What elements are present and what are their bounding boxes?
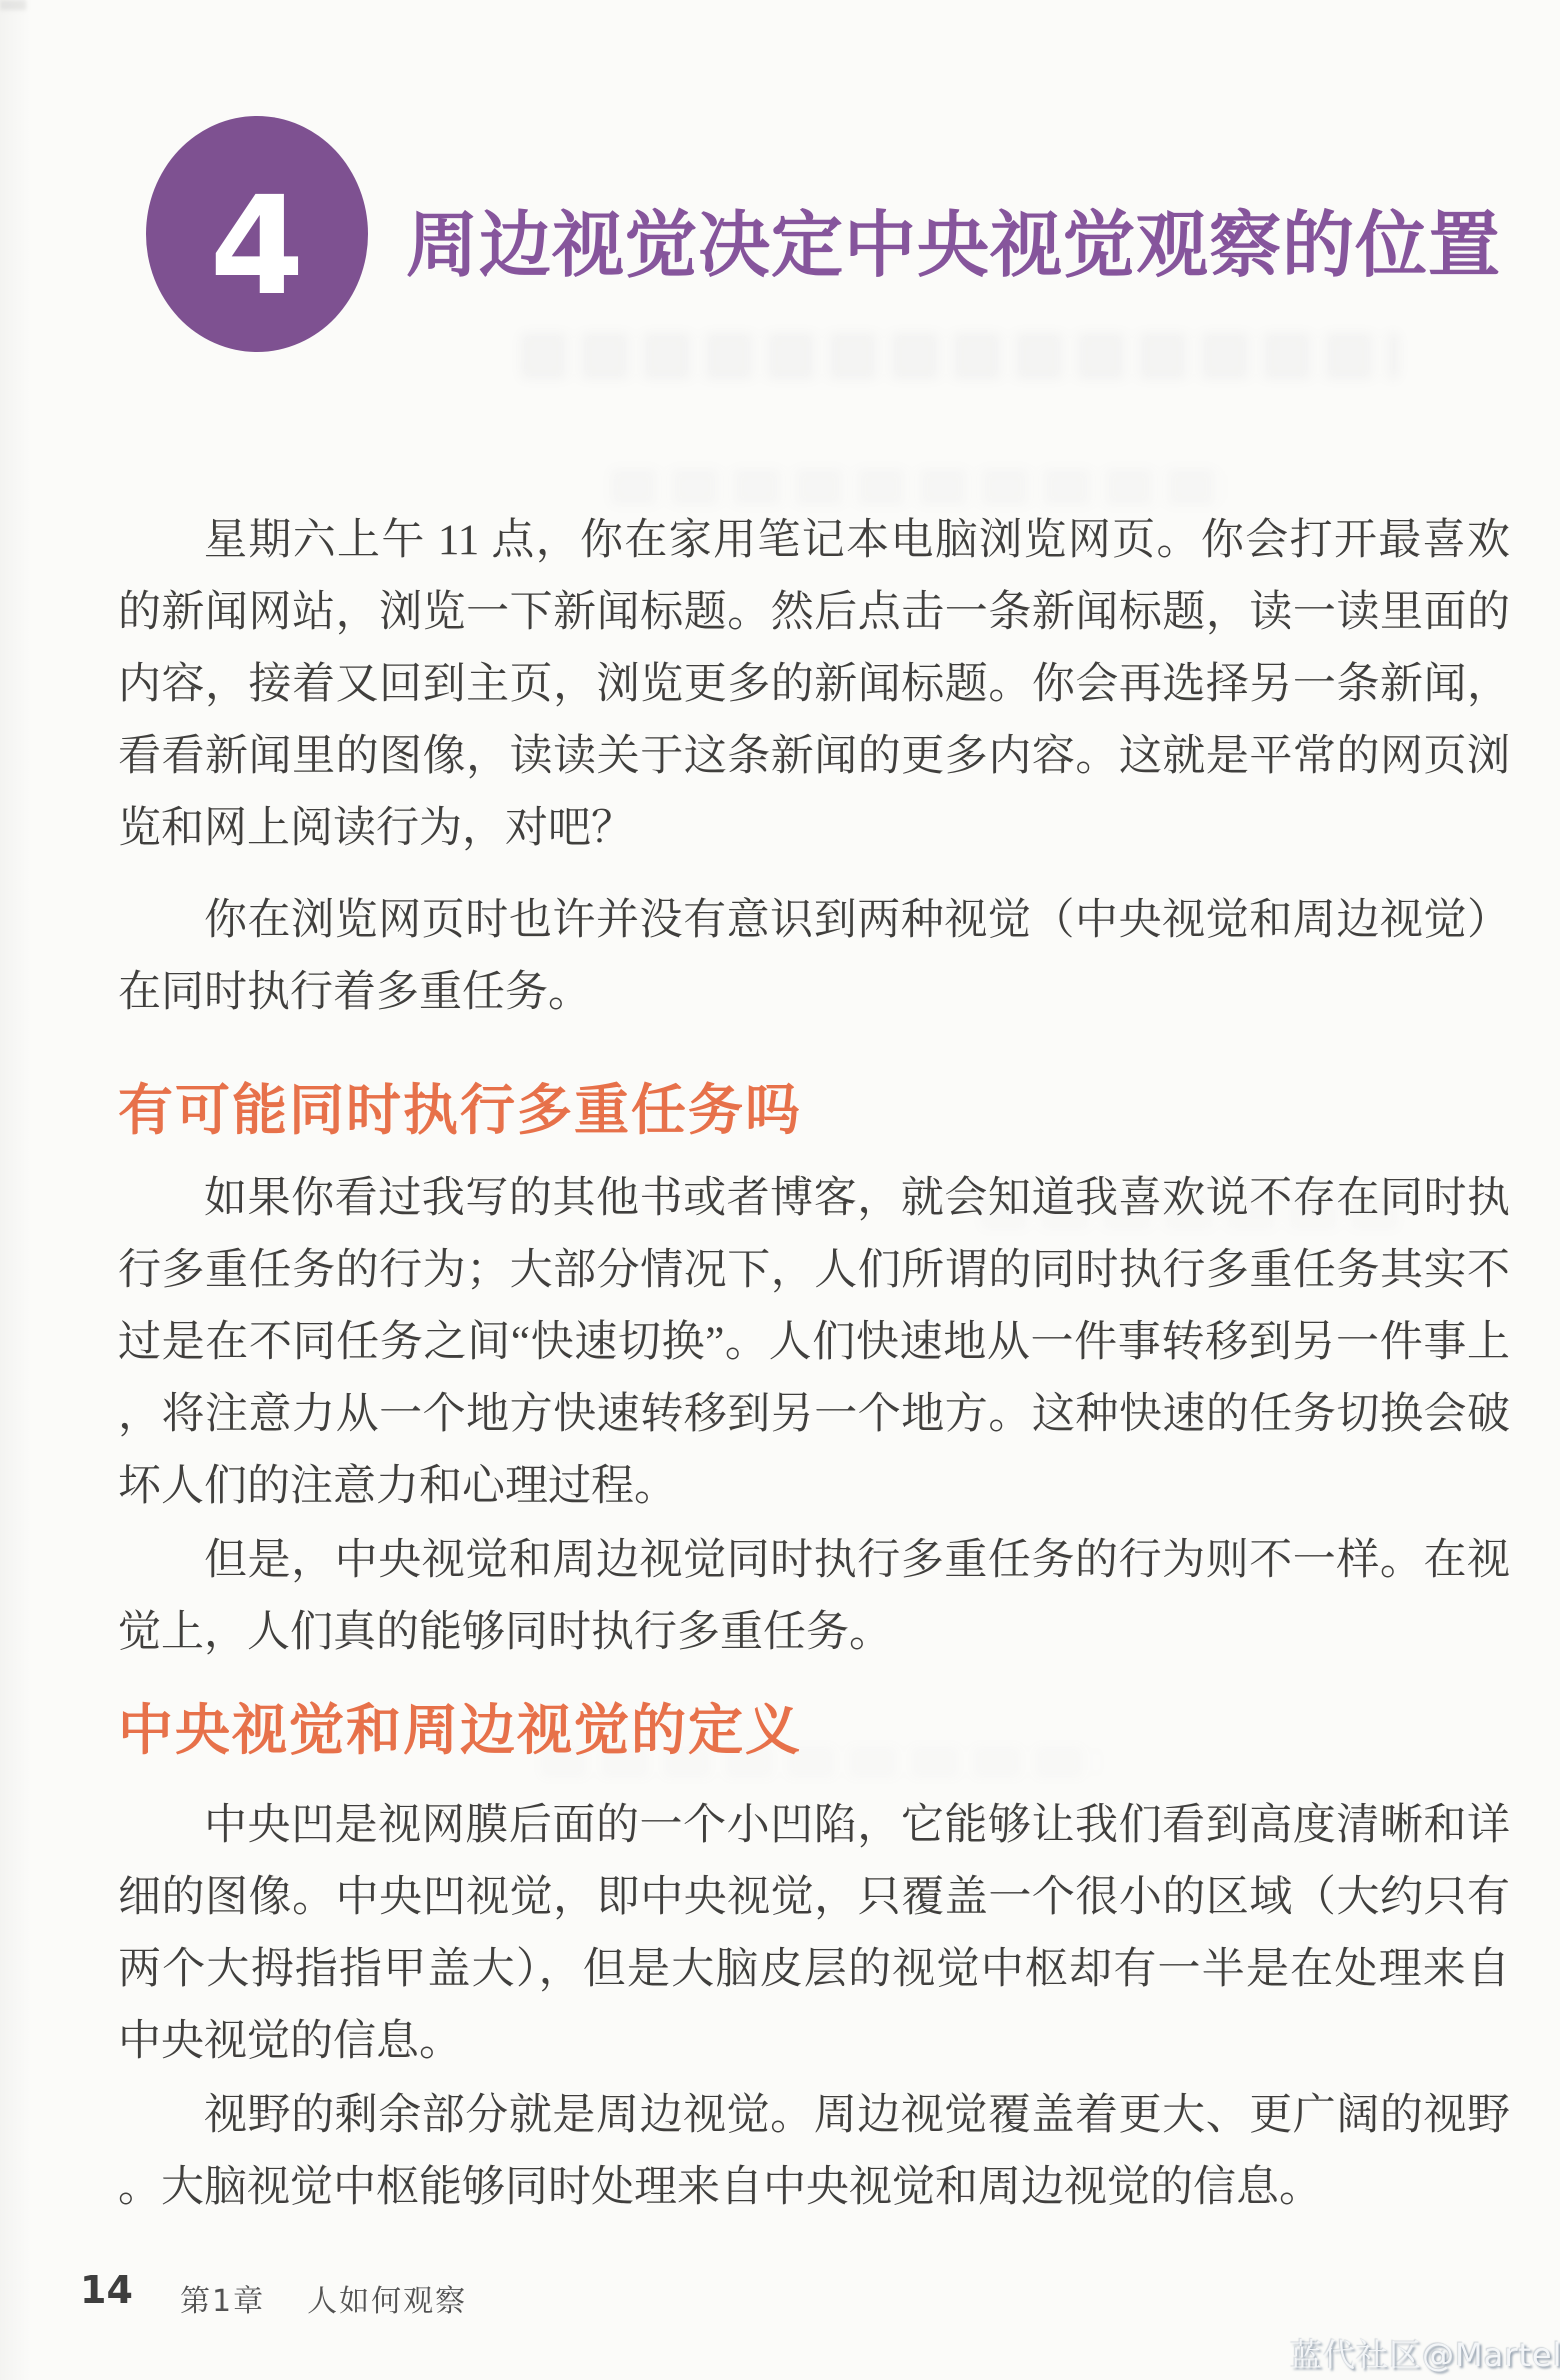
scan-gutter-shading [0,0,30,2380]
bleed-through-smudge [610,468,1230,506]
intro-paragraph-2: 你在浏览网页时也许并没有意识到两种视觉（中央视觉和周边视觉）在同时执行着多重任务… [118,885,1510,1029]
chapter-number: 4 [210,153,305,315]
chapter-title: 周边视觉决定中央视觉观察的位置 [406,206,1501,285]
section-heading-definitions: 中央视觉和周边视觉的定义 [118,1700,802,1761]
section2-paragraph-2: 视野的剩余部分就是周边视觉。周边视觉覆盖着更大、更广阔的视野。大脑视觉中枢能够同… [118,2080,1510,2224]
section2-paragraph-1: 中央凹是视网膜后面的一个小凹陷，它能够让我们看到高度清晰和详细的图像。中央凹视觉… [118,1790,1510,2078]
page-number: 14 [80,2268,133,2312]
chapter-number-badge: 4 [146,116,368,352]
running-footer: 第1章人如何观察 [180,2276,467,2320]
section-heading-multitask: 有可能同时执行多重任务吗 [118,1080,802,1141]
book-page-scan: 4 周边视觉决定中央视觉观察的位置 星期六上午 11 点，你在家用笔记本电脑浏览… [0,0,1560,2380]
intro-paragraph-1: 星期六上午 11 点，你在家用笔记本电脑浏览网页。你会打开最喜欢的新闻网站，浏览… [118,505,1510,865]
section1-paragraph-1: 如果你看过我写的其他书或者博客，就会知道我喜欢说不存在同时执行多重任务的行为；大… [118,1163,1510,1523]
bleed-through-smudge [520,332,1400,380]
section1-paragraph-2: 但是，中央视觉和周边视觉同时执行多重任务的行为则不一样。在视觉上，人们真的能够同… [118,1525,1510,1669]
watermark-text: 蓝代社区@Martells [1290,2330,1560,2376]
footer-chapter-title: 人如何观察 [307,2284,467,2319]
footer-chapter-label: 第1章 [180,2284,265,2319]
scan-corner-artifact [0,0,26,10]
